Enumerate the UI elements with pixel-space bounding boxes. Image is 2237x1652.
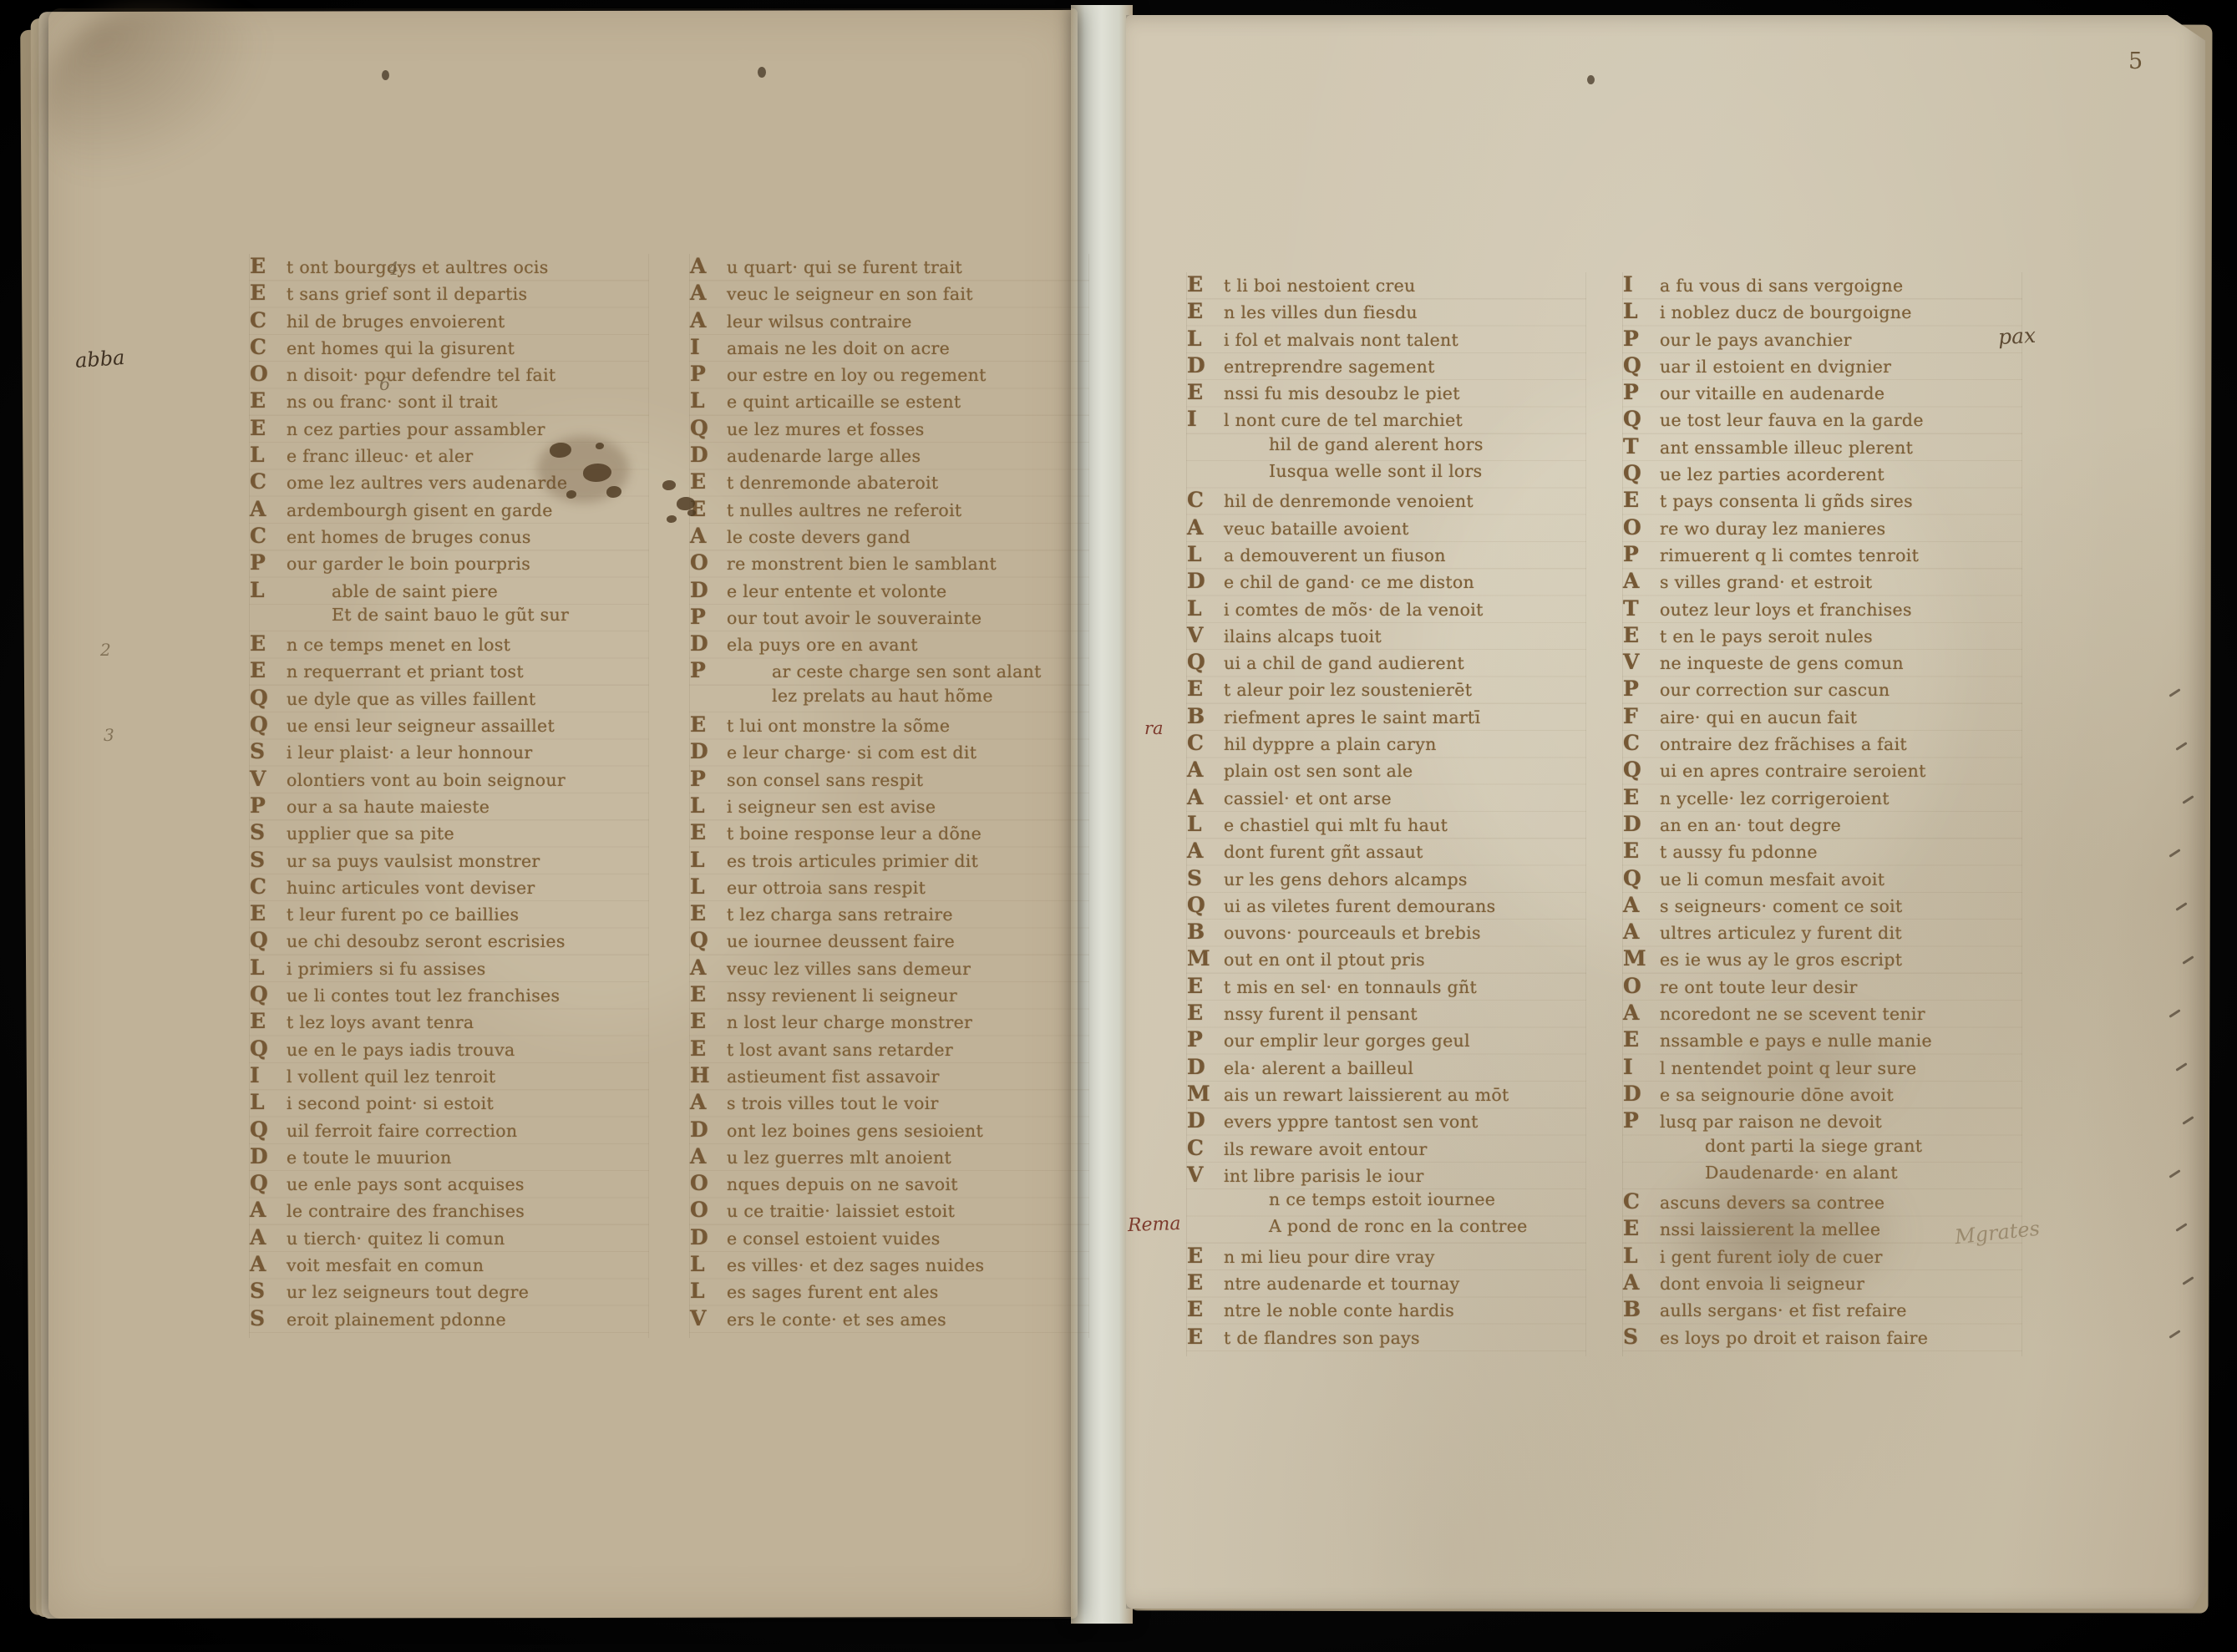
initial-letter: Q [250,982,287,1006]
verse-line: Ses loys po droit et raison faire [1623,1325,2022,1351]
verse-text: ais un rewart laissierent au mōt [1224,1085,1509,1105]
verse-line: Les trois articules primier dit [690,848,1089,874]
initial-letter: L [1187,327,1224,351]
verse-text: n ycelle· lez corrigeroient [1660,788,1890,808]
initial-letter: Q [250,712,287,737]
verse-line: Et aussy fu pdonne [1623,839,2022,865]
verse-text: Daudenarde· en alant [1660,1163,1898,1183]
verse-text: re monstrent bien le samblant [727,554,997,574]
verse-line: Ia fu vous di sans vergoigne [1623,272,2022,299]
verse-line: La demouverent un fiuson [1187,542,1586,569]
verse-line: Et de flandres son pays [1187,1325,1586,1351]
verse-text: n cez parties pour assambler [287,419,545,439]
verse-text: ont lez boines gens sesioient [727,1121,983,1141]
verse-text: i seigneur sen est avise [727,797,936,817]
margin-note-rema: Rema [1128,1214,1181,1236]
verse-text: ar ceste charge sen sont alant [727,661,1042,682]
verse-line: Que chi desoubz seront escrisies [250,928,649,955]
verse-text: t mis en sel· en tonnauls gñt [1224,977,1477,997]
verse-text: plain ost sen sont ale [1224,761,1413,781]
initial-letter: I [1623,1055,1660,1079]
ink-speck [758,67,766,78]
verse-line: Li fol et malvais nont talent [1187,327,1586,353]
verse-line: Iusqua welle sont il lors [1187,461,1586,488]
initial-letter: A [690,254,727,278]
verse-line: Et nulles aultres ne referoit [690,497,1089,524]
initial-letter: D [690,631,727,656]
verse-line: Lable de saint piere [250,578,649,605]
initial-letter: S [250,1306,287,1330]
verse-line: Et ont bourgoys et aultres ocis [250,254,649,281]
verse-text: es trois articules primier dit [727,851,978,871]
verse-text: l vollent quil lez tenroit [287,1067,495,1087]
verse-text: nques depuis on ne savoit [727,1174,958,1194]
verse-text: dont envoia li seigneur [1660,1274,1864,1294]
verse-text: upplier que sa pite [287,823,454,844]
verse-text: our a sa haute maieste [287,797,490,817]
initial-letter: S [250,1279,287,1303]
margin-note-ra: ra [1144,718,1164,738]
verse-text: our estre en loy ou regement [727,365,987,385]
verse-text: leur wilsus contraire [727,312,912,332]
initial-letter: E [690,469,727,494]
text-column-2: Au quart· qui se furent traitAveuc le se… [689,254,1089,1338]
initial-letter: L [1187,596,1224,621]
verse-line: Que lez mures et fosses [690,416,1089,443]
verse-line: Et sans grief sont il departis [250,281,649,307]
verse-text: our correction sur cascun [1660,680,1890,700]
initial-letter: Q [690,928,727,952]
verse-text: ue en le pays iadis trouva [287,1040,515,1060]
initial-letter: M [1187,946,1224,970]
verse-line: Ale contraire des franchises [250,1198,649,1224]
verse-line: Cent homes de bruges conus [250,524,649,550]
verse-text: ue lez mures et fosses [727,419,925,439]
verse-text: t li boi nestoient creu [1224,276,1416,296]
verse-text: l nentendet point q leur sure [1660,1058,1916,1078]
verse-line: Vint libre parisis le iour [1187,1163,1586,1189]
initial-letter: E [250,416,287,440]
initial-letter: A [1187,758,1224,782]
verse-line: Iamais ne les doit on acre [690,335,1089,362]
verse-line: Que en le pays iadis trouva [250,1036,649,1063]
initial-letter: D [690,1225,727,1249]
verse-line: Et denremonde abateroit [690,469,1089,496]
verse-line: En lost leur charge monstrer [690,1009,1089,1036]
verse-line: Cascuns devers sa contree [1623,1189,2022,1216]
verse-line: Li second point· si estoit [250,1090,649,1117]
verse-text: entreprendre sagement [1224,357,1435,377]
verse-text: s villes grand· et estroit [1660,572,1872,592]
verse-line: Qui as viletes furent demourans [1187,893,1586,920]
initial-letter: Q [250,1171,287,1195]
verse-line: Si leur plaist· a leur honnour [250,739,649,766]
verse-text: le contraire des franchises [287,1201,525,1221]
initial-letter: C [1187,731,1224,755]
verse-line: Et boine response leur a dõne [690,820,1089,847]
verse-text: ntre audenarde et tournay [1224,1274,1460,1294]
verse-text: our tout avoir le souverainte [727,608,982,628]
initial-letter: C [250,469,287,494]
initial-letter: C [1623,1189,1660,1214]
verse-text: u tierch· quitez li comun [287,1229,505,1249]
initial-letter: Q [1623,461,1660,485]
initial-letter: P [690,605,727,629]
verse-line: En requerrant et priant tost [250,658,649,685]
verse-line: Seroit plainement pdonne [250,1306,649,1333]
verse-text: n mi lieu pour dire vray [1224,1247,1435,1267]
initial-letter: L [690,848,727,872]
verse-line: Aveuc lez villes sans demeur [690,955,1089,982]
initial-letter: Q [1623,866,1660,890]
initial-letter: E [690,901,727,925]
initial-letter: A [690,308,727,332]
initial-letter: E [1187,380,1224,404]
verse-text: ur les gens dehors alcamps [1224,869,1468,889]
verse-line: De consel estoient vuides [690,1225,1089,1252]
initial-letter: D [1623,1082,1660,1106]
initial-letter: E [1187,299,1224,323]
initial-letter: S [250,848,287,872]
initial-letter: D [1623,812,1660,836]
initial-letter: E [1187,974,1224,998]
verse-text: hil dyppre a plain caryn [1224,734,1437,754]
verse-text: e chastiel qui mlt fu haut [1224,815,1448,835]
initial-letter: P [690,767,727,791]
verse-text: le coste devers gand [727,527,911,547]
verse-text: A pond de ronc en la contree [1224,1216,1528,1236]
initial-letter: I [1187,407,1224,431]
initial-letter: O [250,362,287,386]
initial-letter: L [690,793,727,818]
initial-letter: H [690,1063,727,1087]
initial-letter: E [690,712,727,737]
verse-text: ns ou franc· sont il trait [287,392,498,412]
verse-line: Faire· qui en aucun fait [1623,704,2022,731]
verse-line: Pour correction sur cascun [1623,677,2022,703]
text-column-4: Ia fu vous di sans vergoigneLi noblez du… [1622,272,2022,1356]
verse-text: l nont cure de tel marchiet [1224,410,1463,430]
verse-text: Iusqua welle sont il lors [1224,461,1483,481]
initial-letter: V [1623,650,1660,674]
verse-text: huinc articules vont deviser [287,878,535,898]
initial-letter: D [690,1117,727,1142]
initial-letter: V [250,767,287,791]
verse-line: Supplier que sa pite [250,820,649,847]
verse-line: Li seigneur sen est avise [690,793,1089,820]
initial-letter: E [250,631,287,656]
verse-line: En ycelle· lez corrigeroient [1623,785,2022,812]
verse-text: t sans grief sont il departis [287,284,527,304]
initial-letter: B [1187,704,1224,728]
verse-text: a demouverent un fiuson [1224,545,1446,565]
verse-text: es sages furent ent ales [727,1282,939,1302]
verse-line: Les sages furent ent ales [690,1279,1089,1305]
verse-line: Hastieument fist assavoir [690,1063,1089,1090]
initial-letter: V [1187,1163,1224,1187]
verse-text: nssy revienent li seigneur [727,986,957,1006]
verse-text: t lez loys avant tenra [287,1012,474,1032]
verse-line: Et lez charga sans retraire [690,901,1089,928]
verse-line: Plusq par raison ne devoit [1623,1108,2022,1135]
verse-text: u quart· qui se furent trait [727,257,962,277]
verse-line: Pour estre en loy ou regement [690,362,1089,388]
verse-line: Dan en an· tout degre [1623,812,2022,839]
verse-line: En mi lieu pour dire vray [1187,1244,1586,1270]
initial-letter: E [1187,677,1224,701]
verse-line: Pour emplir leur gorges geul [1187,1027,1586,1054]
right-page: Et li boi nestoient creuEn les villes du… [1126,15,2205,1609]
initial-letter: P [1623,677,1660,701]
verse-line: Li primiers si fu assises [250,955,649,982]
verse-text: ela puys ore en avant [727,635,918,655]
verse-line: Ore ont toute leur desir [1623,974,2022,1001]
verse-text: t denremonde abateroit [727,473,938,493]
verse-line: Ore wo duray lez manieres [1623,515,2022,542]
initial-letter: B [1623,1297,1660,1321]
verse-line: Adont furent gñt assaut [1187,839,1586,865]
initial-letter: I [1623,272,1660,296]
verse-line: Aplain ost sen sont ale [1187,758,1586,784]
verse-text: olontiers vont au boin seignour [287,770,566,790]
initial-letter: E [1187,1001,1224,1025]
verse-line: Mais un rewart laissierent au mōt [1187,1082,1586,1108]
verse-line: Contraire dez frãchises a fait [1623,731,2022,758]
verse-text: out en ont il ptout pris [1224,950,1425,970]
verse-text: cassiel· et ont arse [1224,788,1392,808]
initial-letter: A [1187,785,1224,809]
verse-line: Toutez leur loys et franchises [1623,596,2022,623]
verse-text: es villes· et dez sages nuides [727,1255,984,1275]
verse-text: ui as viletes furent demourans [1224,896,1495,916]
verse-line: Volontiers vont au boin seignour [250,767,649,793]
verse-line: Dont lez boines gens sesioient [690,1117,1089,1144]
verse-line: Et lez loys avant tenra [250,1009,649,1036]
verse-text: ue iournee deussent faire [727,931,955,951]
verse-text: e chil de gand· ce me diston [1224,572,1474,592]
verse-line: Et lost avant sans retarder [690,1036,1089,1063]
initial-letter: B [1187,920,1224,944]
initial-letter: Q [250,1117,287,1142]
verse-line: Pour tout avoir le souverainte [690,605,1089,631]
verse-line: Acassiel· et ont arse [1187,785,1586,812]
initial-letter: P [250,793,287,818]
initial-letter: A [250,1225,287,1249]
initial-letter: P [690,658,727,682]
margin-numeral-3: 3 [104,725,114,745]
verse-text: i fol et malvais nont talent [1224,330,1458,350]
initial-letter: P [1623,327,1660,351]
verse-text: aire· qui en aucun fait [1660,707,1857,727]
initial-letter: A [1623,1270,1660,1295]
verse-text: ui en apres contraire seroient [1660,761,1926,781]
initial-letter: A [250,1198,287,1222]
verse-line: Enssy revienent li seigneur [690,982,1089,1009]
initial-letter: E [1623,488,1660,512]
verse-line: Cent homes qui la gisurent [250,335,649,362]
initial-letter: C [250,308,287,332]
verse-text: t lez charga sans retraire [727,905,953,925]
initial-letter: A [1623,1001,1660,1025]
verse-text: int libre parisis le iour [1224,1166,1424,1186]
initial-letter: Q [690,416,727,440]
verse-text: n requerrant et priant tost [287,661,524,682]
initial-letter: Q [250,1036,287,1061]
verse-line: Daudenarde· en alant [1623,1163,2022,1189]
initial-letter: D [1187,569,1224,593]
initial-letter: E [250,658,287,682]
verse-text: ela· alerent a bailleul [1224,1058,1413,1078]
verse-text: ue ensi leur seigneur assaillet [287,716,555,736]
verse-line: De toute le muurion [250,1144,649,1171]
verse-line: Entre audenarde et tournay [1187,1270,1586,1297]
initial-letter: Q [250,686,287,710]
verse-line: Pour vitaille en audenarde [1623,380,2022,407]
verse-line: Il nentendet point q leur sure [1623,1055,2022,1082]
verse-line: Chil dyppre a plain caryn [1187,731,1586,758]
text-column-1: Et ont bourgoys et aultres ocisEt sans g… [249,254,649,1338]
initial-letter: P [690,362,727,386]
verse-text: ne inqueste de gens comun [1660,653,1904,673]
initial-letter: E [690,1036,727,1061]
verse-line: Leur ottroia sans respit [690,874,1089,901]
verse-text: lusq par raison ne devoit [1660,1112,1882,1132]
initial-letter: E [1623,1027,1660,1052]
verse-line: Ens ou franc· sont il trait [250,388,649,415]
verse-line: Le quint articaille se estent [690,388,1089,415]
verse-line: Enssi fu mis desoubz le piet [1187,380,1586,407]
verse-line: Quar il estoient en dvignier [1623,353,2022,380]
verse-text: i second point· si estoit [287,1093,494,1113]
initial-letter: A [1623,893,1660,917]
verse-text: rimuerent q li comtes tenroit [1660,545,1919,565]
verse-line: Au quart· qui se furent trait [690,254,1089,281]
verse-text: e quint articaille se estent [727,392,961,412]
verse-line: Bouvons· pourceauls et brebis [1187,920,1586,946]
verse-text: re ont toute leur desir [1660,977,1858,997]
verse-line: En ce temps menet en lost [250,631,649,658]
verse-text: uar il estoient en dvignier [1660,357,1891,377]
verse-text: t lost avant sans retarder [727,1040,953,1060]
verse-line: Sur sa puys vaulsist monstrer [250,848,649,874]
verse-line: Que enle pays sont acquises [250,1171,649,1198]
verse-line: Li comtes de mõs· de la venoit [1187,596,1586,623]
verse-text: e leur charge· si com est dit [727,742,976,763]
initial-letter: S [250,820,287,844]
initial-letter: A [690,1144,727,1168]
initial-letter: L [1187,542,1224,566]
verse-text: hil de denremonde venoient [1224,491,1474,511]
verse-text: dont furent gñt assaut [1224,842,1423,862]
verse-line: Qui a chil de gand audierent [1187,650,1586,677]
margin-numeral-2: 2 [100,640,111,660]
verse-text: ue enle pays sont acquises [287,1174,525,1194]
initial-letter: D [690,443,727,467]
initial-letter: E [690,497,727,521]
verse-line: n ce temps estoit iournee [1187,1189,1586,1216]
initial-letter: S [1623,1325,1660,1349]
verse-text: t lui ont monstre la sõme [727,716,950,736]
verse-text: eur ottroia sans respit [727,878,926,898]
verse-line: Qui en apres contraire seroient [1623,758,2022,784]
verse-text: s trois villes tout le voir [727,1093,939,1113]
verse-text: ur lez seigneurs tout degre [287,1282,529,1302]
verse-text: n lost leur charge monstrer [727,1012,972,1032]
verse-line: Que tost leur fauva en la garde [1623,407,2022,433]
verse-line: De sa seignourie dōne avoit [1623,1082,2022,1108]
verse-line: Et en le pays seroit nules [1623,623,2022,650]
initial-letter: E [1623,623,1660,647]
initial-letter: Q [1187,650,1224,674]
verse-text: t nulles aultres ne referoit [727,500,961,520]
initial-letter: A [1623,569,1660,593]
initial-letter: T [1623,434,1660,459]
margin-note-abba: abba [74,346,125,372]
manuscript-photo: Et ont bourgoys et aultres ocisEt sans g… [0,0,2237,1652]
initial-letter: A [1623,920,1660,944]
verse-text: evers yppre tantost sen vont [1224,1112,1479,1132]
initial-letter: E [690,820,727,844]
initial-letter: E [1623,839,1660,863]
initial-letter: L [690,1279,727,1303]
verse-line: Vne inqueste de gens comun [1623,650,2022,677]
verse-line: De chil de gand· ce me diston [1187,569,1586,595]
initial-letter: E [690,982,727,1006]
verse-line: As seigneurs· coment ce soit [1623,893,2022,920]
margin-numeral-6: 6 [379,374,390,394]
verse-text: outez leur loys et franchises [1660,600,1912,620]
verse-line: Par ceste charge sen sont alant [690,658,1089,685]
verse-text: audenarde large alles [727,446,921,466]
initial-letter: A [250,1252,287,1276]
verse-text: ome lez aultres vers audenarde [287,473,567,493]
initial-letter: D [1187,1108,1224,1133]
verse-text: aulls sergans· et fist refaire [1660,1300,1907,1320]
verse-line: Dentreprendre sagement [1187,353,1586,380]
initial-letter: Q [250,928,287,952]
initial-letter: E [250,901,287,925]
verse-text: nssamble e pays e nulle manie [1660,1031,1932,1051]
verse-text: t boine response leur a dõne [727,823,982,844]
initial-letter: A [250,497,287,521]
verse-text: t leur furent po ce baillies [287,905,519,925]
initial-letter: D [1187,353,1224,378]
initial-letter: L [1623,1244,1660,1268]
verse-text: e toute le muurion [287,1148,452,1168]
verse-line: Et lui ont monstre la sõme [690,712,1089,739]
initial-letter: L [250,443,287,467]
verse-line: Daudenarde large alles [690,443,1089,469]
verse-text: e franc illeuc· et aler [287,446,473,466]
verse-text: ouvons· pourceauls et brebis [1224,923,1481,943]
verse-line: A pond de ronc en la contree [1187,1216,1586,1243]
verse-line: Baulls sergans· et fist refaire [1623,1297,2022,1324]
verse-text: able de saint piere [287,581,498,601]
verse-text: e sa seignourie dōne avoit [1660,1085,1894,1105]
verse-line: As trois villes tout le voir [690,1090,1089,1117]
verse-text: voit mesfait en comun [287,1255,484,1275]
initial-letter: E [250,1009,287,1033]
verse-text: ascuns devers sa contree [1660,1193,1884,1213]
verse-text: t de flandres son pays [1224,1328,1420,1348]
ink-speck [382,70,389,80]
verse-line: Sur lez seigneurs tout degre [250,1279,649,1305]
verse-line: Que iournee deussent faire [690,928,1089,955]
verse-text: u ce traitie· laissiet estoit [727,1201,955,1221]
initial-letter: C [1187,1136,1224,1160]
verse-line: Ou ce traitie· laissiet estoit [690,1198,1089,1224]
verse-line: As villes grand· et estroit [1623,569,2022,595]
